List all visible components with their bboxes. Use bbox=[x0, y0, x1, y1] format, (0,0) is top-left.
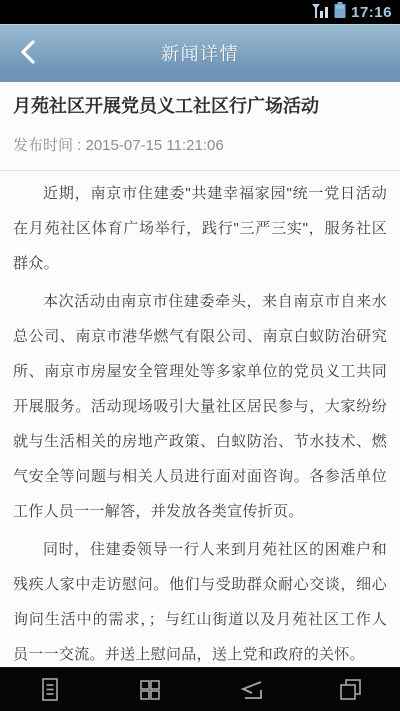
apps-grid-icon bbox=[138, 678, 162, 702]
article-body: 近期，南京市住建委"共建幸福家园"统一党日活动在月苑社区体育广场举行，践行"三严… bbox=[13, 176, 387, 667]
home-button[interactable] bbox=[100, 668, 200, 711]
article-paragraph: 近期，南京市住建委"共建幸福家园"统一党日活动在月苑社区体育广场举行，践行"三严… bbox=[13, 176, 387, 281]
menu-page-icon bbox=[39, 677, 61, 703]
signal-icon bbox=[312, 2, 329, 23]
phone-screen: 17:16 新闻详情 月苑社区开展党员义工社区行广场活动 发布时间 : 2015… bbox=[0, 0, 400, 711]
publish-time: 发布时间 : 2015-07-15 11:21:06 bbox=[13, 134, 387, 155]
article-scroll-area[interactable]: 月苑社区开展党员义工社区行广场活动 发布时间 : 2015-07-15 11:2… bbox=[0, 82, 400, 667]
menu-button[interactable] bbox=[0, 668, 100, 711]
back-arrow-icon bbox=[236, 678, 264, 702]
back-nav-button[interactable] bbox=[200, 668, 300, 711]
header-bar: 新闻详情 bbox=[0, 24, 400, 82]
status-bar: 17:16 bbox=[0, 0, 400, 24]
article-title: 月苑社区开展党员义工社区行广场活动 bbox=[13, 94, 387, 119]
android-nav-bar bbox=[0, 667, 400, 711]
article-paragraph: 同时，住建委领导一行人来到月苑社区的困难户和残疾人家中走访慰问。他们与受助群众耐… bbox=[13, 532, 387, 667]
divider bbox=[0, 170, 400, 171]
recents-windows-icon bbox=[337, 677, 363, 703]
chevron-left-icon bbox=[19, 38, 37, 69]
recents-button[interactable] bbox=[300, 668, 400, 711]
status-time: 17:16 bbox=[351, 5, 392, 20]
article-paragraph: 本次活动由南京市住建委牵头，来自南京市自来水总公司、南京市港华燃气有限公司、南京… bbox=[13, 284, 387, 529]
battery-icon bbox=[334, 2, 346, 23]
page-title: 新闻详情 bbox=[161, 40, 239, 66]
back-button[interactable] bbox=[0, 24, 56, 82]
